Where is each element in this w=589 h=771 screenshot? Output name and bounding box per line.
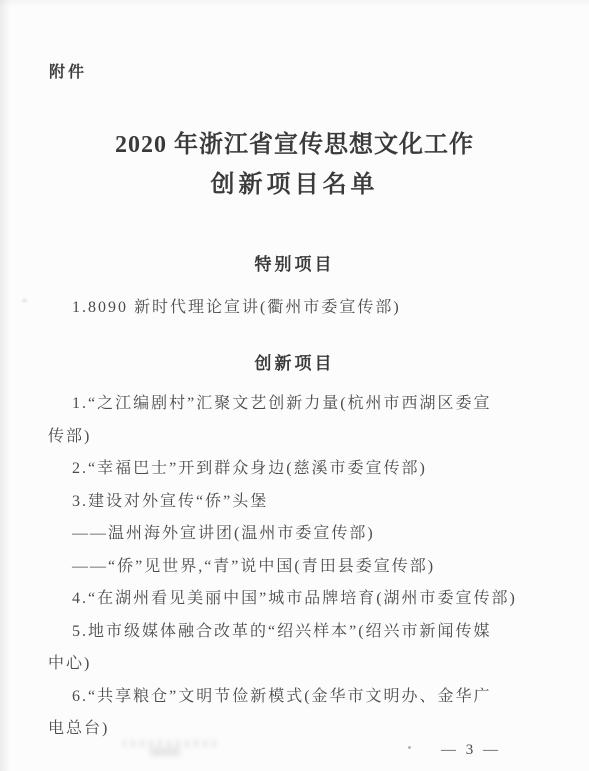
- innovation-item-3: 3.建设对外宣传“侨”头堡: [48, 486, 553, 519]
- innovation-item-3-sub-2: ——“侨”见世界,“青”说中国(青田县委宣传部): [48, 551, 553, 584]
- special-item-1: 1.8090 新时代理论宣讲(衢州市委宣传部): [48, 292, 553, 325]
- innovation-item-5-line-1: 5.地市级媒体融合改革的“绍兴样本”(绍兴市新闻传媒: [48, 616, 553, 649]
- innovation-item-1-line-2: 传部): [48, 421, 553, 454]
- scan-smudge-small: [150, 748, 180, 756]
- innovation-item-2: 2.“幸福巴士”开到群众身边(慈溪市委宣传部): [48, 453, 553, 486]
- innovation-item-1-line-1: 1.“之江编剧村”汇聚文艺创新力量(杭州市西湖区委宣: [48, 388, 553, 421]
- innovation-section-list: 1.“之江编剧村”汇聚文艺创新力量(杭州市西湖区委宣 传部) 2.“幸福巴士”开…: [48, 388, 553, 746]
- scan-speck-dot: [408, 746, 411, 749]
- document-title-line2: 创新项目名单: [0, 164, 589, 199]
- attachment-label: 附件: [49, 59, 87, 82]
- innovation-item-6-line-2: 电总台): [48, 713, 553, 746]
- document-title-line1: 2020 年浙江省宣传思想文化工作: [0, 124, 589, 159]
- special-section-heading: 特别项目: [0, 250, 589, 275]
- scan-speck-left-margin: [22, 299, 27, 302]
- special-section-list: 1.8090 新时代理论宣讲(衢州市委宣传部): [48, 292, 553, 325]
- innovation-item-5-line-2: 中心): [48, 648, 553, 681]
- scan-edge-shade-left: [0, 0, 10, 771]
- document-page: 附件 2020 年浙江省宣传思想文化工作 创新项目名单 特别项目 1.8090 …: [0, 0, 589, 771]
- page-number: — 3 —: [441, 742, 501, 759]
- innovation-item-6-line-1: 6.“共享粮仓”文明节俭新模式(金华市文明办、金华广: [48, 681, 553, 714]
- scan-edge-shade-top: [0, 0, 589, 8]
- innovation-section-heading: 创新项目: [0, 349, 589, 374]
- innovation-item-3-sub-1: ——温州海外宣讲团(温州市委宣传部): [48, 518, 553, 551]
- innovation-item-4: 4.“在湖州看见美丽中国”城市品牌培育(湖州市委宣传部): [48, 583, 553, 616]
